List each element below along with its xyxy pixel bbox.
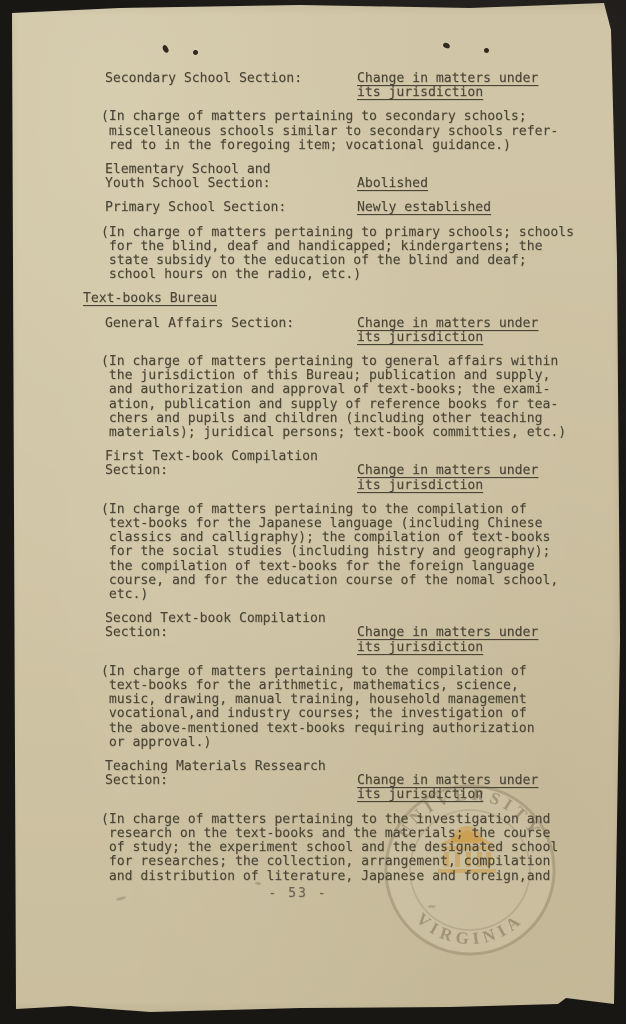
status-line: Change in matters under <box>357 626 596 640</box>
section-label: Primary School Section: <box>101 201 357 215</box>
text-line: miscellaneous schools similar to seconda… <box>101 125 596 139</box>
text-line: classics and calligraphy); the compilati… <box>101 531 596 545</box>
section-label: Second Text-book CompilationSection: <box>101 612 357 640</box>
status-line: Change in matters under <box>357 774 596 788</box>
text-line: the compilation of text-books for the fo… <box>101 560 596 574</box>
status-line: its jurisdiction <box>357 641 596 655</box>
label-line: Elementary School and <box>105 163 357 177</box>
document-content: Secondary School Section:Change in matte… <box>101 72 596 894</box>
text-line: for researches; the collection, arrangem… <box>101 855 596 869</box>
section-status: Newly established <box>357 201 596 215</box>
label-line: First Text-book Compilation <box>105 450 357 464</box>
description-paragraph: (In charge of matters pertaining to the … <box>101 813 596 884</box>
text-line: school hours on the radio, etc.) <box>101 268 596 282</box>
text-line: the jurisdiction of this Bureau; publica… <box>101 369 596 383</box>
text-line: or approval.) <box>101 736 596 750</box>
text-line: the above-mentioned text-books requiring… <box>101 722 596 736</box>
section-row: First Text-book CompilationSection:Chang… <box>101 450 596 493</box>
section-label: Elementary School andYouth School Sectio… <box>101 163 357 191</box>
text-line: etc.) <box>101 588 596 602</box>
text-line: materials); juridical persons; text-book… <box>101 426 596 440</box>
section-status: Abolished <box>357 177 596 191</box>
section-row: Teaching Materials RessearchSection:Chan… <box>101 760 596 803</box>
section-row: Secondary School Section:Change in matte… <box>101 72 596 100</box>
text-line: text-books for the arithmetic, mathemati… <box>101 679 596 693</box>
section-label: First Text-book CompilationSection: <box>101 450 357 478</box>
label-line: Secondary School Section: <box>105 72 357 86</box>
staple-mark <box>161 44 169 53</box>
text-line: (In charge of matters pertaining to the … <box>101 813 596 827</box>
text-line: chers and pupils and children (including… <box>101 412 596 426</box>
section-status: Change in matters underits jurisdiction <box>357 774 596 802</box>
status-line: Change in matters under <box>357 72 596 86</box>
description-paragraph: (In charge of matters pertaining to the … <box>101 665 596 750</box>
section-row: General Affairs Section:Change in matter… <box>101 317 596 345</box>
label-line: Teaching Materials Ressearch <box>105 760 357 774</box>
scan-background: UNIVERSITY VIRGINIA Secondary School Sec… <box>0 0 626 1024</box>
text-line: and authorization and approval of text-b… <box>101 383 596 397</box>
text-line: red to in the foregoing item; vocational… <box>101 139 596 153</box>
text-line: (In charge of matters pertaining to seco… <box>101 110 596 124</box>
document-page: UNIVERSITY VIRGINIA Secondary School Sec… <box>0 0 626 1024</box>
label-line: Section: <box>105 774 357 788</box>
status-line: Newly established <box>357 201 596 215</box>
label-line: Section: <box>105 464 357 478</box>
status-line: its jurisdiction <box>357 479 596 493</box>
text-line: ation, publication and supply of referen… <box>101 398 596 412</box>
description-paragraph: (In charge of matters pertaining to prim… <box>101 226 596 283</box>
status-line: its jurisdiction <box>357 331 596 345</box>
label-line: Second Text-book Compilation <box>105 612 357 626</box>
page-number: - 53 - <box>0 886 596 901</box>
text-line: course, and for the education course of … <box>101 574 596 588</box>
text-line: for the blind, deaf and handicapped; kin… <box>101 240 596 254</box>
label-line: Primary School Section: <box>105 201 357 215</box>
label-line: General Affairs Section: <box>105 317 357 331</box>
description-paragraph: (In charge of matters pertaining to gene… <box>101 355 596 440</box>
text-line: and distribution of literature, Japanese… <box>101 870 596 884</box>
text-line: music, drawing, manual training, househo… <box>101 693 596 707</box>
section-row: Primary School Section:Newly established <box>101 201 596 215</box>
staple-mark <box>193 50 198 55</box>
staple-mark <box>484 48 489 53</box>
text-line: vocational,and industry courses; the inv… <box>101 707 596 721</box>
status-line: Change in matters under <box>357 317 596 331</box>
section-status: Change in matters underits jurisdiction <box>357 464 596 492</box>
section-label: General Affairs Section: <box>101 317 357 331</box>
text-line: text-books for the Japanese language (in… <box>101 517 596 531</box>
text-line: (In charge of matters pertaining to the … <box>101 503 596 517</box>
text-line: state subsidy to the education of the bl… <box>101 254 596 268</box>
section-label: Secondary School Section: <box>101 72 357 86</box>
section-row: Elementary School andYouth School Sectio… <box>101 163 596 191</box>
description-paragraph: (In charge of matters pertaining to seco… <box>101 110 596 153</box>
section-status: Change in matters underits jurisdiction <box>357 626 596 654</box>
status-line: its jurisdiction <box>357 788 596 802</box>
section-row: Second Text-book CompilationSection:Chan… <box>101 612 596 655</box>
text-line: (In charge of matters pertaining to gene… <box>101 355 596 369</box>
text-line: research on the text-books and the mater… <box>101 827 596 841</box>
text-line: of study; the experiment school and the … <box>101 841 596 855</box>
description-paragraph: (In charge of matters pertaining to the … <box>101 503 596 602</box>
status-line: Change in matters under <box>357 464 596 478</box>
status-line: its jurisdiction <box>357 86 596 100</box>
text-line: for the social studies (including histry… <box>101 545 596 559</box>
bureau-heading: Text-books Bureau <box>83 292 596 306</box>
section-label: Teaching Materials RessearchSection: <box>101 760 357 788</box>
section-status: Change in matters underits jurisdiction <box>357 72 596 100</box>
label-line: Section: <box>105 626 357 640</box>
status-line: Abolished <box>357 177 596 191</box>
text-line: (In charge of matters pertaining to the … <box>101 665 596 679</box>
staple-mark <box>442 42 450 49</box>
label-line: Youth School Section: <box>105 177 357 191</box>
section-status: Change in matters underits jurisdiction <box>357 317 596 345</box>
text-line: (In charge of matters pertaining to prim… <box>101 226 596 240</box>
